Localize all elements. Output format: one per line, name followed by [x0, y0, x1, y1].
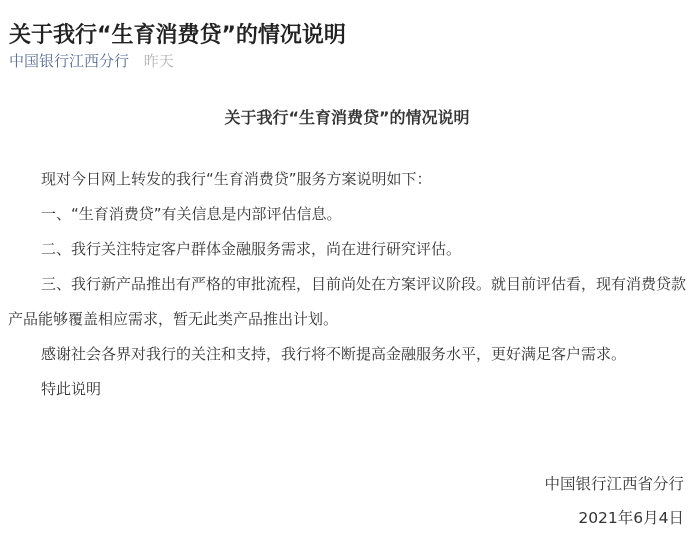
- paragraph-point-3: 三、我行新产品推出有严格的审批流程，目前尚处在方案评议阶段。就目前评估看，现有消…: [8, 267, 688, 337]
- paragraph-point-1: 一、“生育消费贷”有关信息是内部评估信息。: [8, 197, 688, 232]
- paragraph-closing: 特此说明: [8, 372, 688, 407]
- paragraph-point-2: 二、我行关注特定客户群体金融服务需求，尚在进行研究评估。: [8, 232, 688, 267]
- article-title: 关于我行“生育消费贷”的情况说明: [9, 19, 346, 53]
- article-body: 现对今日网上转发的我行“生育消费贷”服务方案说明如下： 一、“生育消费贷”有关信…: [8, 162, 688, 407]
- signature-organization: 中国银行江西省分行: [544, 467, 684, 501]
- publish-time: 昨天: [144, 52, 174, 70]
- article-meta: 中国银行江西分行 昨天: [9, 50, 174, 72]
- paragraph-thanks: 感谢社会各界对我行的关注和支持，我行将不断提高金融服务水平，更好满足客户需求。: [8, 337, 688, 372]
- account-name-link[interactable]: 中国银行江西分行: [9, 52, 129, 70]
- signature-block: 中国银行江西省分行 2021年6月4日: [544, 467, 684, 535]
- paragraph-intro: 现对今日网上转发的我行“生育消费贷”服务方案说明如下：: [8, 162, 688, 197]
- content-heading: 关于我行“生育消费贷”的情况说明: [0, 104, 694, 132]
- signature-date: 2021年6月4日: [544, 501, 684, 535]
